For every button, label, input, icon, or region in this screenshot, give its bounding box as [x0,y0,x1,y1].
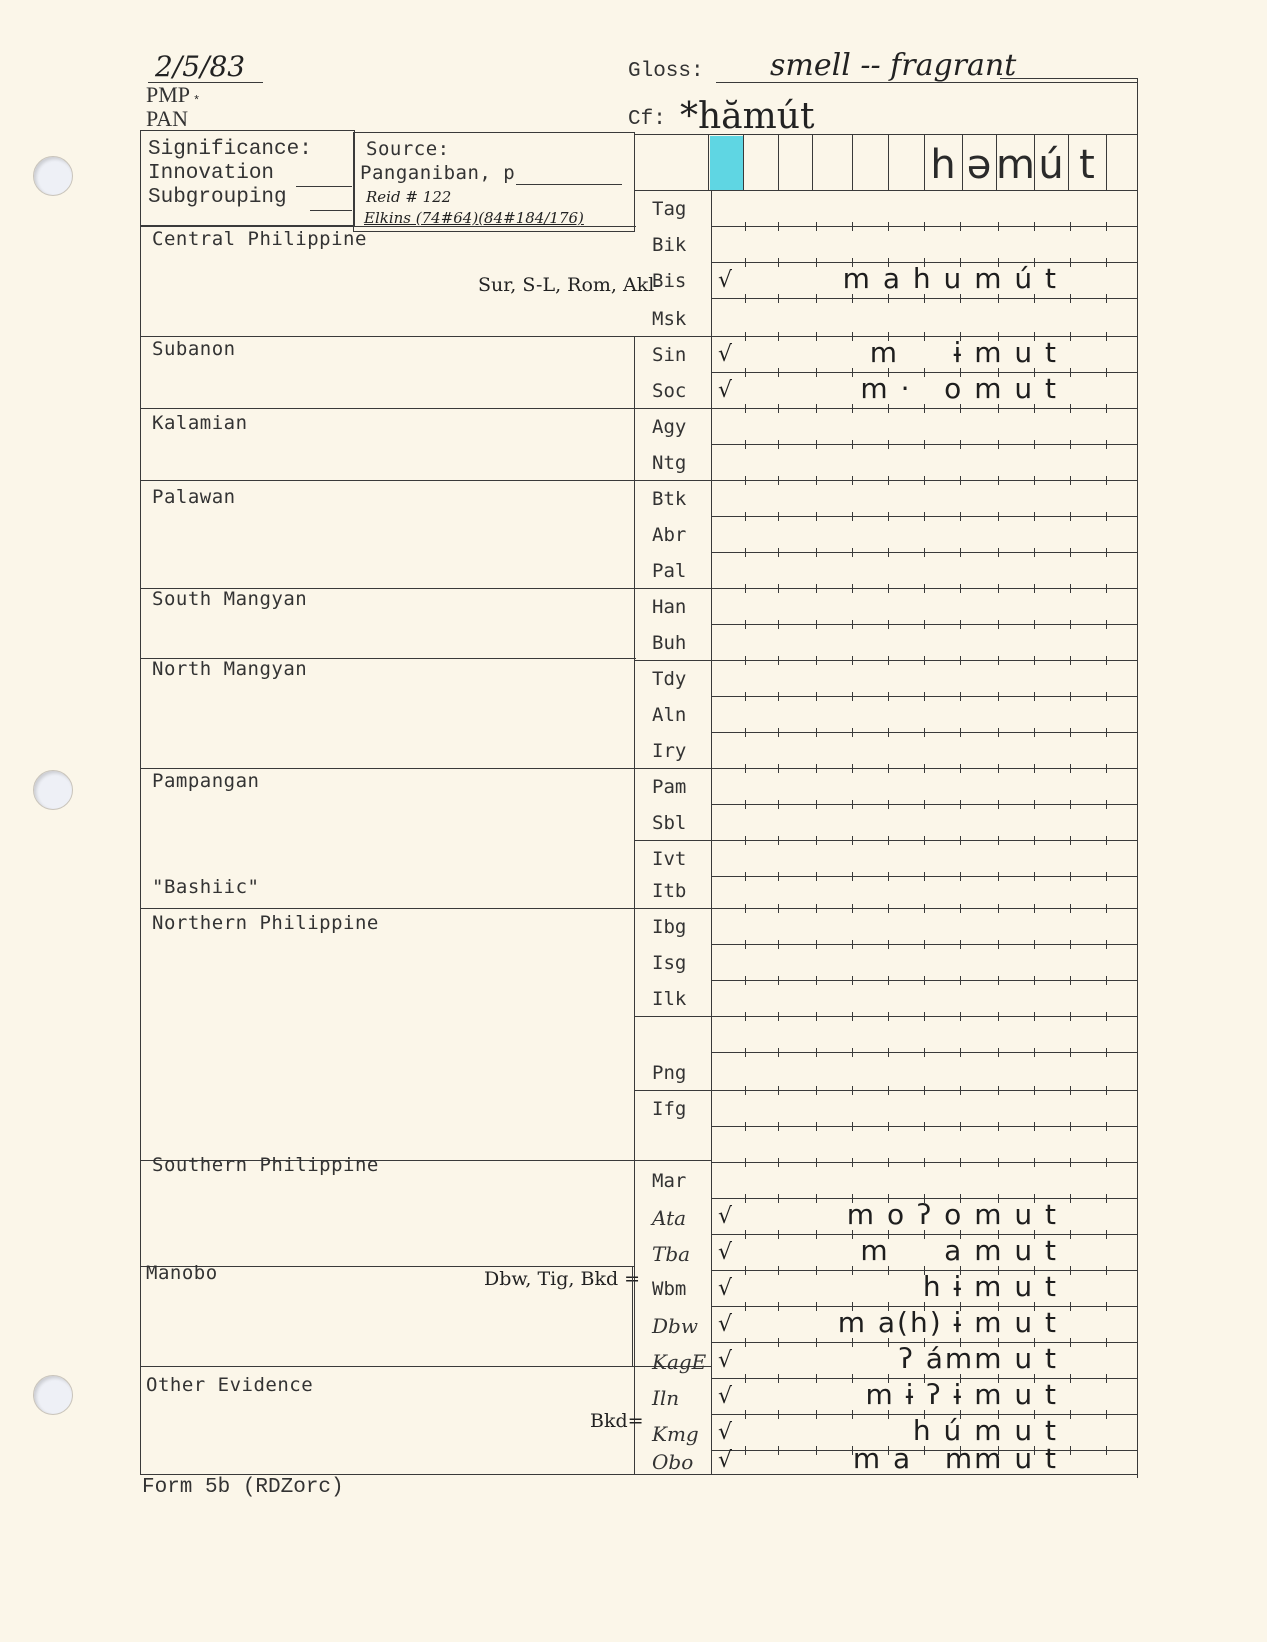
reflex-form: m a(h) ɨ m u t [838,1306,1058,1339]
row-baseline [712,552,1137,553]
language-row[interactable]: √m a mm u t [718,1452,1138,1478]
language-code-iln: Iln [652,1386,708,1410]
check-mark-icon: √ [718,1384,732,1409]
header-cell-divider [778,134,779,190]
check-mark-icon: √ [718,1276,732,1301]
row-baseline [712,944,1137,945]
language-code-agy: Agy [652,416,708,438]
language-code-dbw: Dbw [652,1314,708,1338]
subgrouping-blank[interactable] [310,210,352,211]
row-baseline [712,696,1137,697]
code-divider [634,908,712,909]
code-divider [634,1090,712,1091]
language-row[interactable] [718,1128,1138,1162]
group-label: Other Evidence [146,1374,313,1396]
language-code-sbl: Sbl [652,812,708,834]
code-divider [634,1016,712,1017]
language-row[interactable] [718,910,1138,944]
language-row[interactable] [718,1018,1138,1052]
language-code-itb: Itb [652,880,708,902]
group-divider [140,480,636,481]
language-code-bis: Bis [652,270,708,292]
group-label: South Mangyan [152,588,307,610]
language-code-obo: Obo [652,1450,708,1474]
code-divider [634,480,712,481]
language-row[interactable] [718,626,1138,660]
language-code-isg: Isg [652,952,708,974]
language-code-mar: Mar [652,1170,708,1192]
codes-left-divider [634,336,635,1474]
language-code-abr: Abr [652,524,708,546]
row-baseline [712,732,1137,733]
source-panganiban: Panganiban, p [360,162,515,184]
language-code-ivt: Ivt [652,848,708,870]
group-divider [140,1366,636,1367]
language-code-ntg: Ntg [652,452,708,474]
punch-hole-middle [33,770,73,810]
language-row[interactable] [718,982,1138,1016]
language-row[interactable] [718,734,1138,768]
frame-top-right [1000,78,1138,79]
language-row[interactable] [718,806,1138,840]
row-baseline [712,980,1137,981]
language-row[interactable] [718,228,1138,262]
punch-hole-top [33,156,73,196]
innovation-blank[interactable] [296,186,352,187]
reflex-form: m o ʔ o m u t [847,1198,1058,1231]
header-grid-top [635,134,1138,135]
subgrouping-label: Subgrouping [148,186,287,209]
language-code-sin: Sin [652,344,708,366]
row-baseline [712,588,1137,589]
code-divider [634,768,712,769]
language-row[interactable]: √m ɨ m u t [718,338,1138,372]
proto-label-pan: PAN [146,106,188,132]
reflex-form: m ɨ m u t [870,336,1058,369]
check-mark-icon: √ [718,378,732,403]
check-mark-icon: √ [718,1348,732,1373]
group-label: Northern Philippine [152,912,379,934]
language-row[interactable] [718,662,1138,696]
source-title: Source: [366,138,450,160]
row-baseline [712,1016,1137,1017]
header-cell-divider [743,134,744,190]
header-grid-left [708,134,709,190]
language-code-ifg: Ifg [652,1098,708,1120]
panganiban-page-blank[interactable] [516,184,622,185]
language-row[interactable]: √ʔ ámm u t [718,1344,1138,1378]
language-row[interactable] [718,1092,1138,1126]
row-baseline [712,408,1137,409]
language-row[interactable] [718,192,1138,226]
language-row[interactable]: √m o ʔ o m u t [718,1200,1138,1234]
language-row[interactable] [718,518,1138,552]
group-divider [140,908,636,909]
group-label: Palawan [152,486,236,508]
header-cell-divider [1106,134,1107,190]
check-mark-icon: √ [718,1240,732,1265]
gloss-value: smell -- fragrant [770,48,1016,83]
language-code-aln: Aln [652,704,708,726]
check-mark-icon: √ [718,1312,732,1337]
check-mark-icon: √ [718,268,732,293]
reflex-form: m a mm u t [853,1442,1058,1475]
source-elkins: Elkins (74#64)(84#184/176) [364,209,584,227]
reflex-form: h ɨ m u t [923,1270,1058,1303]
code-divider [634,336,712,337]
reconstruction-cell: h [924,142,962,188]
language-row[interactable] [718,482,1138,516]
language-code-soc: Soc [652,380,708,402]
language-code-kage: KagE [652,1350,708,1374]
check-mark-icon: √ [718,1448,732,1473]
language-row[interactable]: √m a m u t [718,1236,1138,1270]
code-divider [634,840,712,841]
language-row[interactable] [718,554,1138,588]
form-id: Form 5b (RDZorc) [142,1476,344,1499]
language-row[interactable] [718,300,1138,336]
group-divider [140,226,636,227]
language-code-bik: Bik [652,234,708,256]
group-note: Bkd= [590,1410,644,1432]
group-label: Subanon [152,338,236,360]
cf-label: Cf: [628,108,666,131]
language-code-png: Png [652,1062,708,1084]
manobo-box-right [632,1266,633,1366]
language-row[interactable] [718,410,1138,444]
proto-label-pmp: PMP [146,82,190,108]
language-row[interactable] [718,698,1138,732]
language-row[interactable] [718,842,1138,876]
language-row[interactable] [718,446,1138,480]
language-code-buh: Buh [652,632,708,654]
group-label: Kalamian [152,412,248,434]
group-label: Southern Philippine [152,1154,379,1176]
language-code-tag: Tag [652,198,708,220]
left-frame [140,130,141,1474]
row-baseline [712,768,1137,769]
language-row[interactable]: √m a h u m ú t [718,264,1138,298]
language-code-tdy: Tdy [652,668,708,690]
language-row[interactable] [718,1164,1138,1198]
language-code-kmg: Kmg [652,1422,708,1446]
language-row[interactable]: √h ɨ m u t [718,1272,1138,1306]
date: 2/5/83 [155,50,245,83]
group-note: Dbw, Tig, Bkd = [484,1268,640,1290]
row-baseline [712,1090,1137,1091]
row-baseline [712,1126,1137,1127]
language-code-btk: Btk [652,488,708,510]
header-cell-divider [852,134,853,190]
row-baseline [712,516,1137,517]
header-cell-divider [812,134,813,190]
language-row[interactable] [718,770,1138,804]
language-code-wbm: Wbm [652,1278,708,1300]
row-baseline [712,1162,1137,1163]
significance-title: Significance: [148,138,312,161]
language-row[interactable] [718,878,1138,908]
row-baseline [712,660,1137,661]
group-note: Sur, S-L, Rom, Akl- [478,274,661,296]
group-label: Pampangan [152,770,259,792]
group-label: Central Philippine [152,228,367,250]
group-label: North Mangyan [152,658,307,680]
row-baseline [712,444,1137,445]
row-baseline [712,480,1137,481]
language-code-pam: Pam [652,776,708,798]
gloss-label: Gloss: [628,60,704,83]
asterisk-mark: * [193,94,200,108]
row-baseline [712,876,1137,877]
reconstruction-cell: m [996,142,1034,188]
cf-value: *hămút [680,96,814,137]
language-row[interactable]: √m ɨ ʔ ɨ m u t [718,1380,1138,1414]
language-row[interactable] [718,1054,1138,1090]
group-label: "Bashiic" [152,876,259,898]
code-divider [634,408,712,409]
code-divider [634,660,712,661]
language-row[interactable] [718,590,1138,624]
row-baseline [712,1052,1137,1053]
language-code-msk: Msk [652,308,708,330]
row-baseline [712,624,1137,625]
language-code-iry: Iry [652,740,708,762]
language-code-tba: Tba [652,1242,708,1266]
source-reid: Reid # 122 [366,188,451,206]
row-baseline [712,298,1137,299]
reflex-form: m · o m u t [860,372,1058,405]
header-cell-divider [888,134,889,190]
row-baseline [712,908,1137,909]
language-code-pal: Pal [652,560,708,582]
highlight-cell [710,136,743,190]
code-divider [634,588,712,589]
reconstruction-cell: ə [962,142,996,188]
check-mark-icon: √ [718,342,732,367]
group-divider [140,336,636,337]
grid-left-divider [711,190,712,1474]
innovation-label: Innovation [148,162,274,185]
check-mark-icon: √ [718,1204,732,1229]
reflex-form: ʔ ámm u t [899,1342,1058,1375]
reconstruction-cell: ú [1034,142,1068,188]
row-baseline [712,226,1137,227]
reflex-form: m a m u t [860,1234,1058,1267]
punch-hole-bottom [33,1375,73,1415]
reflex-form: m a h u m ú t [843,262,1058,295]
language-code-ilk: Ilk [652,988,708,1010]
language-code-ibg: Ibg [652,916,708,938]
language-row[interactable]: √m · o m u t [718,374,1138,408]
check-mark-icon: √ [718,1420,732,1445]
group-divider [140,768,636,769]
language-code-han: Han [652,596,708,618]
row-baseline [712,804,1137,805]
code-divider [634,1160,712,1161]
language-row[interactable] [718,946,1138,980]
group-label: Manobo [146,1262,218,1284]
language-code-ata: Ata [652,1206,708,1230]
language-row[interactable]: √m a(h) ɨ m u t [718,1308,1138,1342]
row-baseline [712,840,1137,841]
group-divider [140,408,636,409]
reflex-form: m ɨ ʔ ɨ m u t [865,1378,1058,1411]
reconstruction-cell: t [1068,142,1106,188]
